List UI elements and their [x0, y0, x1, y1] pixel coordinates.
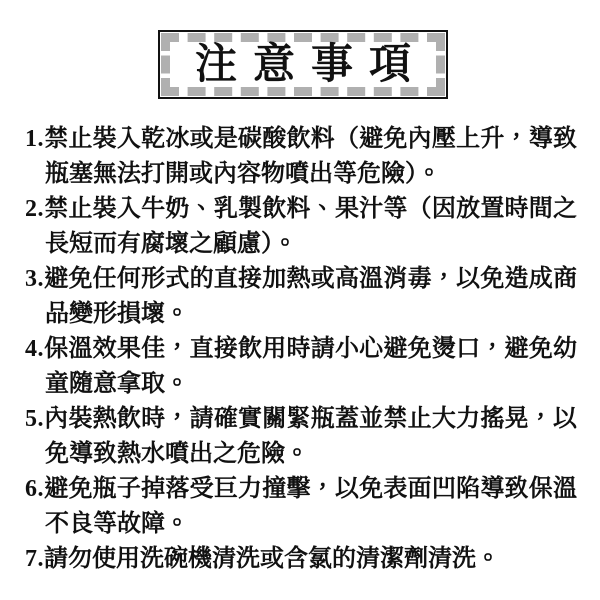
notice-text: 禁止裝入乾冰或是碳酸飲料（避免內壓上升，導致瓶塞無法打開或內容物噴出等危險）。 [44, 126, 577, 187]
title-dashed-frame: 注意事項 [161, 33, 445, 96]
notice-text: 避免任何形式的直接加熱或高溫消毒，以免造成商品變形損壞。 [44, 266, 577, 327]
notice-number: 7. [25, 546, 44, 572]
notice-text: 保溫效果佳，直接飲用時請小心避免燙口，避免幼童隨意拿取。 [44, 336, 577, 397]
notice-item: 4.保溫效果佳，直接飲用時請小心避免燙口，避免幼童隨意拿取。 [25, 332, 577, 402]
notice-text: 禁止裝入牛奶、乳製飲料、果汁等（因放置時間之長短而有腐壞之顧慮）。 [44, 196, 577, 257]
page-title: 注意事項 [195, 44, 427, 86]
notice-number: 1. [25, 126, 44, 152]
notice-item: 1.禁止裝入乾冰或是碳酸飲料（避免內壓上升，導致瓶塞無法打開或內容物噴出等危險）… [25, 122, 577, 192]
notice-text: 請勿使用洗碗機清洗或含氯的清潔劑清洗。 [44, 546, 500, 572]
notice-text: 內裝熱飲時，請確實關緊瓶蓋並禁止大力搖晃，以免導致熱水噴出之危險。 [44, 406, 577, 467]
title-plate: 注意事項 [158, 30, 448, 99]
notice-item: 7.請勿使用洗碗機清洗或含氯的清潔劑清洗。 [25, 542, 577, 577]
notice-item: 3.避免任何形式的直接加熱或高溫消毒，以免造成商品變形損壞。 [25, 262, 577, 332]
notice-list: 1.禁止裝入乾冰或是碳酸飲料（避免內壓上升，導致瓶塞無法打開或內容物噴出等危險）… [25, 122, 577, 577]
notice-number: 5. [25, 406, 44, 432]
notice-item: 2.禁止裝入牛奶、乳製飲料、果汁等（因放置時間之長短而有腐壞之顧慮）。 [25, 192, 577, 262]
notice-number: 3. [25, 266, 44, 292]
notice-text: 避免瓶子掉落受巨力撞擊，以免表面凹陷導致保溫不良等故障。 [44, 476, 577, 537]
notice-page: 注意事項 1.禁止裝入乾冰或是碳酸飲料（避免內壓上升，導致瓶塞無法打開或內容物噴… [0, 0, 600, 600]
notice-number: 2. [25, 196, 44, 222]
notice-number: 6. [25, 476, 44, 502]
notice-item: 5.內裝熱飲時，請確實關緊瓶蓋並禁止大力搖晃，以免導致熱水噴出之危險。 [25, 402, 577, 472]
notice-number: 4. [25, 336, 44, 362]
notice-item: 6.避免瓶子掉落受巨力撞擊，以免表面凹陷導致保溫不良等故障。 [25, 472, 577, 542]
